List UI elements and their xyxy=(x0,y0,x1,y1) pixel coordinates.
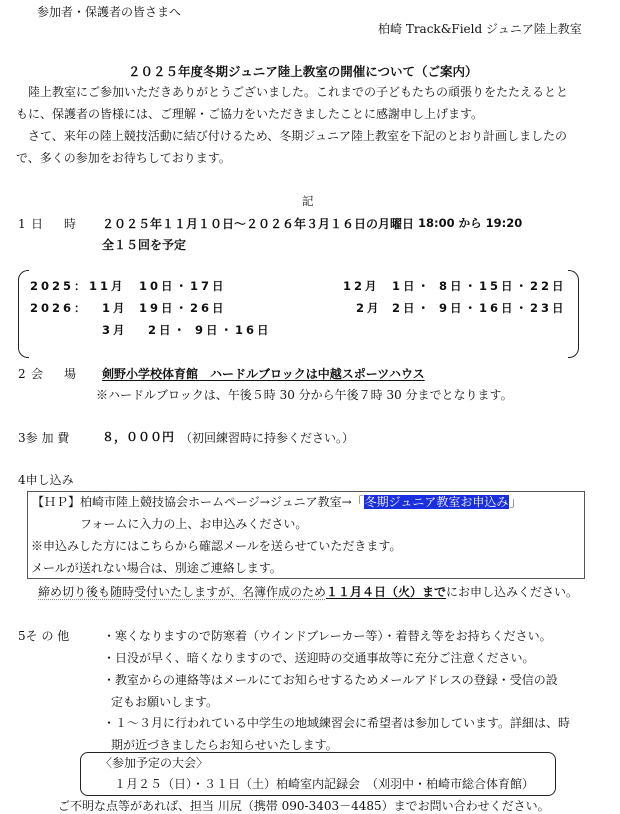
other-item-cont: 期が近づきましたらお知らせいたします。 xyxy=(111,739,338,751)
fee-amount: ８，０００円 xyxy=(102,431,174,443)
dates-month-a: 1月 xyxy=(102,303,128,315)
hp-close: 」 xyxy=(509,495,521,509)
events-line: １月２５（日）・３１日（土）柏崎室内記録会 （刈羽中・柏崎市総合体育館） xyxy=(114,778,534,790)
intro-line-2: もに、保護者の皆様には、ご理解・ご協力をいただきましたことに感謝申し上げます。 xyxy=(16,108,483,120)
fee-label: 3参 加 費 xyxy=(18,432,69,444)
intro-line-3: さて、来年の陸上競技活動に結び付けるため、冬期ジュニア陸上教室を下記のとおり計画… xyxy=(28,130,567,142)
schedule-count: 全１５回を予定 xyxy=(102,239,186,251)
venue-label-b: 場 xyxy=(64,368,76,380)
schedule-time: 18:00 から 19:20 xyxy=(418,218,522,230)
dates-month-a: 11月 xyxy=(89,281,126,293)
apply-deadline: 締め切り後も随時受付いたしますが、名簿作成のため１１月４日（火）までにお申し込み… xyxy=(38,586,578,598)
apply-fallback-line: メールが送れない場合は、別途ご連絡します。 xyxy=(31,562,282,574)
other-item: ・寒くなりますので防寒着（ウインドブレーカー等）・着替え等をお持ちください。 xyxy=(103,630,552,642)
venue-note: ※ハードルブロックは、午後５時 30 分から午後７時 30 分までとなります。 xyxy=(96,389,513,401)
other-item: ・日没が早く、暗くなりますので、送迎時の交通事故等に充分ご注意ください。 xyxy=(103,652,535,664)
document-title: ２０２５年度冬期ジュニア陸上教室の開催について（ご案内） xyxy=(128,66,478,79)
dates-month-b: 12月 xyxy=(343,281,380,293)
schedule-period: ２０２５年１１月１０日～２０２６年３月１６日の月曜日 xyxy=(102,218,414,230)
dates-month-b: 2月 xyxy=(356,303,382,315)
apply-form-line: フォームに入力の上、お申込みください。 xyxy=(80,518,307,530)
fee-note: （初回練習時に持参ください。） xyxy=(180,432,354,444)
intro-line-4: で、多くの参加をお待ちしております。 xyxy=(16,152,231,164)
events-title: 〈参加予定の大会〉 xyxy=(100,757,208,769)
intro-line-1: 陸上教室にご参加いただきありがとうございました。これまでの子どもたちの頑張りをた… xyxy=(28,86,568,98)
schedule-label-num: 1 xyxy=(18,218,26,230)
dates-days-b: 2日・ 9日・16日・23日 xyxy=(392,303,567,315)
schedule-label-a: 日 xyxy=(31,218,43,230)
dates-days-a: 2日・ 9日・16日 xyxy=(148,325,272,337)
deadline-post: にお申し込みください。 xyxy=(446,585,578,599)
deadline-date: １１月４日（火）まで xyxy=(326,585,446,599)
dates-days-a: 19日・26日 xyxy=(139,303,227,315)
other-item-cont: 定もお願いします。 xyxy=(111,696,218,708)
dates-days-b: 1日・ 8日・15日・22日 xyxy=(392,281,567,293)
hp-path: 柏崎市陸上競技協会ホームページ→ジュニア教室→「 xyxy=(80,495,364,509)
other-item: ・１～３月に行われている中学生の地域練習会に希望者は参加しています。詳細は、時 xyxy=(103,717,570,729)
addressee: 参加者・保護者の皆さまへ xyxy=(37,6,181,18)
apply-form-link[interactable]: 冬期ジュニア教室お申込み xyxy=(364,495,510,509)
apply-confirm-line: ※申込みした方にはこちらから確認メールを送らせていただきます。 xyxy=(31,540,401,552)
contact-line: ご不明な点等があれば、担当 川尻（携帯 090-3403－4485）までお問い合… xyxy=(58,800,550,812)
dates-month-a: 3月 xyxy=(102,325,128,337)
sender: 柏崎 Track&Field ジュニア陸上教室 xyxy=(378,23,582,35)
other-item: ・教室からの連絡等はメールにてお知らせするためメールアドレスの登録・受信の設 xyxy=(103,674,558,686)
apply-hp-line: 【ＨＰ】柏崎市陸上競技協会ホームページ→ジュニア教室→「冬期ジュニア教室お申込み… xyxy=(32,496,521,508)
schedule-label-b: 時 xyxy=(64,218,76,230)
dates-days-a: 10日・17日 xyxy=(139,281,227,293)
ki-heading: 記 xyxy=(302,196,314,208)
dates-year: 2025： xyxy=(30,281,89,293)
venue-name: 剣野小学校体育館 ハードルブロックは中越スポーツハウス xyxy=(102,368,425,380)
apply-label: 4申し込み xyxy=(18,474,74,486)
venue-label-num: 2 xyxy=(18,368,26,380)
hp-tag: 【ＨＰ】 xyxy=(32,495,80,509)
dates-bracket-left xyxy=(18,270,29,358)
deadline-pre: 締め切り後も随時受付いたしますが、名簿作成のため xyxy=(38,585,326,599)
venue-label-a: 会 xyxy=(31,368,43,380)
dates-year: 2026： xyxy=(30,303,89,315)
dates-bracket-right xyxy=(568,270,579,358)
other-label: 5そ の 他 xyxy=(18,630,69,642)
